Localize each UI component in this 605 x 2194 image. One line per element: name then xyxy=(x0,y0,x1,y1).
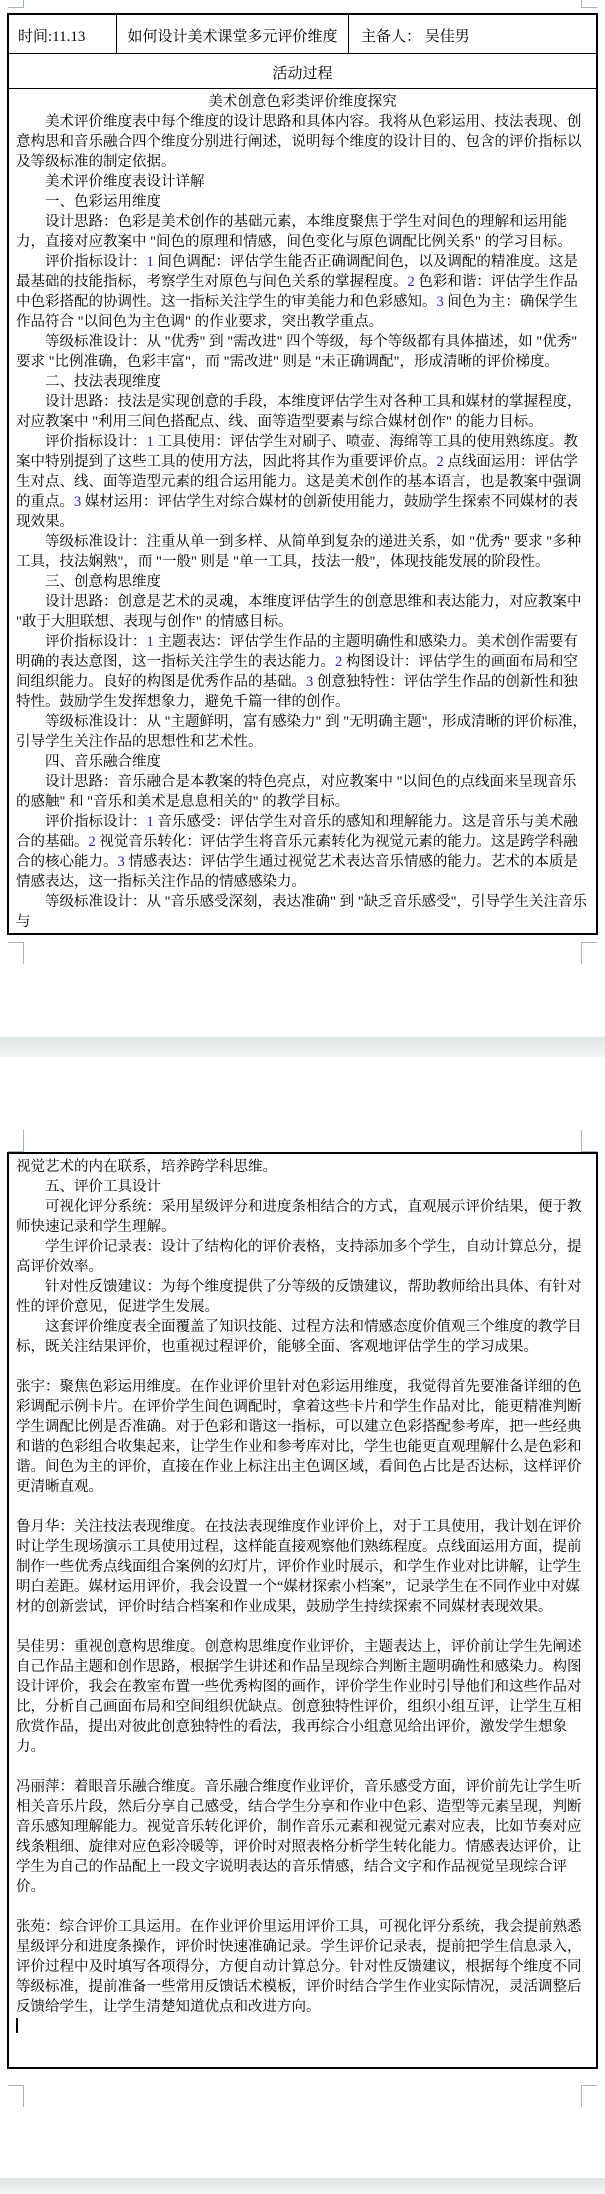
text-run: 评价指标设计： xyxy=(45,634,147,650)
text-run: 鲁月华：关注技法表现维度。在技法表现维度作业评价上，对于工具使用，我计划在评价时… xyxy=(16,1519,582,1615)
paragraph: 设计思路：音乐融合是本教案的特色亮点，对应教案中 "以间色的点线面来呈现音乐的感… xyxy=(16,772,589,812)
lesson-plan-table-page2: 视觉艺术的内在联系，培养跨学科思维。五、评价工具设计可视化评分系统：采用星级评分… xyxy=(7,1152,598,2069)
content-cell-page2[interactable]: 视觉艺术的内在联系，培养跨学科思维。五、评价工具设计可视化评分系统：采用星级评分… xyxy=(9,1154,596,2067)
paragraph: 等级标准设计：从 "主题鲜明，富有感染力" 到 "无明确主题"，形成清晰的评价标… xyxy=(16,712,589,752)
text-run: 可视化评分系统：采用星级评分和进度条相结合的方式，直观展示评价结果，便于教师快速… xyxy=(16,1199,582,1235)
text-run: 四、音乐融合维度 xyxy=(45,754,161,770)
text-run: 媒材运用：评估学生对综合媒材的创新使用能力，鼓励学生探索不同媒材的表现效果。 xyxy=(16,494,578,530)
paragraph: 美术评价维度表设计详解 xyxy=(16,172,589,192)
margin-mark-bottom-left-page2 xyxy=(8,2085,24,2107)
margin-mark-bottom-right-page1 xyxy=(581,942,597,964)
paragraph xyxy=(16,1357,589,1377)
indicator-number: 3 xyxy=(118,854,125,870)
text-run: 等级标准设计：从 "优秀" 到 "需改进" 四个等级，每个等级都有具体描述，如 … xyxy=(16,334,577,370)
indicator-number: 3 xyxy=(437,294,444,310)
margin-mark-top-right-page2 xyxy=(581,1130,597,1152)
paragraph: 评价指标设计：1 主题表达：评估学生作品的主题明确性和感染力。美术创作需要有明确… xyxy=(16,632,589,712)
paragraph: 设计思路：技法是实现创意的手段，本维度评估学生对各种工具和媒材的掌握程度，对应教… xyxy=(16,392,589,432)
indicator-number: 2 xyxy=(408,274,415,290)
text-run: 针对性反馈建议：为每个维度提供了分等级的反馈建议，帮助教师给出具体、有针对性的评… xyxy=(16,1279,582,1315)
paragraph: 评价指标设计：1 间色调配：评估学生能否正确调配间色，以及调配的精准度。这是最基… xyxy=(16,252,589,332)
discussion-feng-liping: 冯丽萍：着眼音乐融合维度。音乐融合维度作业评价，音乐感受方面，评价前先让学生听相… xyxy=(16,1777,589,1897)
text-run: 设计思路：技法是实现创意的手段，本维度评估学生对各种工具和媒材的掌握程度，对应教… xyxy=(16,394,582,430)
paragraph: 美术评价维度表中每个维度的设计思路和具体内容。我将从色彩运用、技法表现、创意构思… xyxy=(16,112,589,172)
paragraph: 设计思路：色彩是美术创作的基础元素，本维度聚焦于学生对间色的理解和运用能力，直接… xyxy=(16,212,589,252)
text-run: 等级标准设计：注重从单一到多样、从简单到复杂的递进关系，如 "优秀" 要求 "多… xyxy=(16,534,581,570)
page-separator xyxy=(0,1037,605,1057)
text-run: 美术评价维度表设计详解 xyxy=(45,174,205,190)
page-separator-bottom xyxy=(0,2178,605,2194)
paragraph: 一、色彩运用维度 xyxy=(16,192,589,212)
indicator-number: 2 xyxy=(437,454,444,470)
paragraph xyxy=(16,1497,589,1517)
paragraph xyxy=(16,1617,589,1637)
paragraph xyxy=(16,2017,589,2037)
margin-mark-top-left-page1 xyxy=(8,0,24,8)
text-run: 一、色彩运用维度 xyxy=(45,194,161,210)
text-run: 这套评价维度表全面覆盖了知识技能、过程方法和情感态度价值观三个维度的教学目标，既… xyxy=(16,1319,582,1355)
paragraph: 评价指标设计：1 工具使用：评估学生对刷子、喷壶、海绵等工具的使用熟练度。教案中… xyxy=(16,432,589,532)
paragraph: 这套评价维度表全面覆盖了知识技能、过程方法和情感态度价值观三个维度的教学目标，既… xyxy=(16,1317,589,1357)
paragraph: 四、音乐融合维度 xyxy=(16,752,589,772)
text-run: 美术评价维度表中每个维度的设计思路和具体内容。我将从色彩运用、技法表现、创意构思… xyxy=(16,114,582,170)
text-run: 冯丽萍：着眼音乐融合维度。音乐融合维度作业评价，音乐感受方面，评价前先让学生听相… xyxy=(16,1779,582,1895)
paragraph: 等级标准设计：注重从单一到多样、从简单到复杂的递进关系，如 "优秀" 要求 "多… xyxy=(16,532,589,572)
text-cursor xyxy=(16,2018,18,2033)
paragraph xyxy=(16,1897,589,1917)
lesson-title-cell[interactable]: 如何设计美术课堂多元评价维度 xyxy=(117,15,349,53)
text-run: 学生评价记录表：设计了结构化的评价表格，支持添加多个学生，自动计算总分，提高评价… xyxy=(16,1239,582,1275)
text-run: 张苑：综合评价工具运用。在作业评价里运用评价工具，可视化评分系统，我会提前熟悉星… xyxy=(16,1919,582,2015)
discussion-wu-jianan: 吴佳男：重视创意构思维度。创意构思维度作业评价，主题表达上，评价前让学生先阐述自… xyxy=(16,1637,589,1757)
indicator-number: 1 xyxy=(147,434,154,450)
table-header-row: 时间:11.13 如何设计美术课堂多元评价维度 主备人： 吴佳男 xyxy=(9,15,596,54)
text-run: 美术创意色彩类评价维度探究 xyxy=(208,94,397,110)
indicator-number: 1 xyxy=(147,814,154,830)
indicator-number: 2 xyxy=(89,834,96,850)
margin-mark-top-right-page1 xyxy=(581,0,597,8)
paragraph: 设计思路：创意是艺术的灵魂，本维度评估学生的创意思维和表达能力，对应教案中 "敢… xyxy=(16,592,589,632)
paragraph: 学生评价记录表：设计了结构化的评价表格，支持添加多个学生，自动计算总分，提高评价… xyxy=(16,1237,589,1277)
paragraph xyxy=(16,1757,589,1777)
content-cell-page1[interactable]: 美术创意色彩类评价维度探究美术评价维度表中每个维度的设计思路和具体内容。我将从色… xyxy=(9,89,596,933)
discussion-zhang-yuan: 张苑：综合评价工具运用。在作业评价里运用评价工具，可视化评分系统，我会提前熟悉星… xyxy=(16,1917,589,2017)
discussion-lu-yuehua: 鲁月华：关注技法表现维度。在技法表现维度作业评价上，对于工具使用，我计划在评价时… xyxy=(16,1517,589,1617)
discussion-zhang-yu: 张宇：聚焦色彩运用维度。在作业评价里针对色彩运用维度，我觉得首先要准备详细的色彩… xyxy=(16,1377,589,1497)
text-run: 三、创意构思维度 xyxy=(45,574,161,590)
author-cell[interactable]: 主备人： 吴佳男 xyxy=(349,15,596,53)
text-run: 评价指标设计： xyxy=(45,434,147,450)
activity-process-cell[interactable]: 活动过程 xyxy=(9,54,596,89)
indicator-number: 1 xyxy=(147,254,154,270)
text-run: 视觉艺术的内在联系，培养跨学科思维。 xyxy=(16,1159,277,1175)
text-run: 设计思路：创意是艺术的灵魂，本维度评估学生的创意思维和表达能力，对应教案中 "敢… xyxy=(16,594,582,630)
paragraph: 五、评价工具设计 xyxy=(16,1177,589,1197)
paragraph: 三、创意构思维度 xyxy=(16,572,589,592)
text-run: 二、技法表现维度 xyxy=(45,374,161,390)
paragraph: 可视化评分系统：采用星级评分和进度条相结合的方式，直观展示评价结果，便于教师快速… xyxy=(16,1197,589,1237)
paragraph: 二、技法表现维度 xyxy=(16,372,589,392)
indicator-number: 1 xyxy=(147,634,154,650)
margin-mark-top-left-page2 xyxy=(8,1130,24,1152)
text-run: 五、评价工具设计 xyxy=(45,1179,161,1195)
text-run: 设计思路：色彩是美术创作的基础元素，本维度聚焦于学生对间色的理解和运用能力，直接… xyxy=(16,214,572,250)
text-run: 张宇：聚焦色彩运用维度。在作业评价里针对色彩运用维度，我觉得首先要准备详细的色彩… xyxy=(16,1379,582,1495)
paragraph: 等级标准设计：从 "优秀" 到 "需改进" 四个等级，每个等级都有具体描述，如 … xyxy=(16,332,589,372)
text-run: 等级标准设计：从 "主题鲜明，富有感染力" 到 "无明确主题"，形成清晰的评价标… xyxy=(16,714,587,750)
paragraph: 视觉艺术的内在联系，培养跨学科思维。 xyxy=(16,1157,589,1177)
time-cell[interactable]: 时间:11.13 xyxy=(9,15,117,53)
text-run: 吴佳男：重视创意构思维度。创意构思维度作业评价，主题表达上，评价前让学生先阐述自… xyxy=(16,1639,582,1755)
margin-mark-bottom-right-page2 xyxy=(581,2085,597,2107)
paragraph: 等级标准设计：从 "音乐感受深刻，表达准确" 到 "缺乏音乐感受"，引导学生关注… xyxy=(16,892,589,932)
paragraph: 针对性反馈建议：为每个维度提供了分等级的反馈建议，帮助教师给出具体、有针对性的评… xyxy=(16,1277,589,1317)
word-document-view: 时间:11.13 如何设计美术课堂多元评价维度 主备人： 吴佳男 活动过程 美术… xyxy=(0,0,605,2194)
content-title: 美术创意色彩类评价维度探究 xyxy=(16,92,589,112)
text-run: 评价指标设计： xyxy=(45,254,147,270)
text-run: 等级标准设计：从 "音乐感受深刻，表达准确" 到 "缺乏音乐感受"，引导学生关注… xyxy=(16,894,587,930)
paragraph: 评价指标设计：1 音乐感受：评估学生对音乐的感知和理解能力。这是音乐与美术融合的… xyxy=(16,812,589,892)
text-run: 评价指标设计： xyxy=(45,814,147,830)
margin-mark-bottom-left-page1 xyxy=(8,942,24,964)
text-run: 设计思路：音乐融合是本教案的特色亮点，对应教案中 "以间色的点线面来呈现音乐的感… xyxy=(16,774,577,810)
lesson-plan-table-page1: 时间:11.13 如何设计美术课堂多元评价维度 主备人： 吴佳男 活动过程 美术… xyxy=(7,13,598,935)
